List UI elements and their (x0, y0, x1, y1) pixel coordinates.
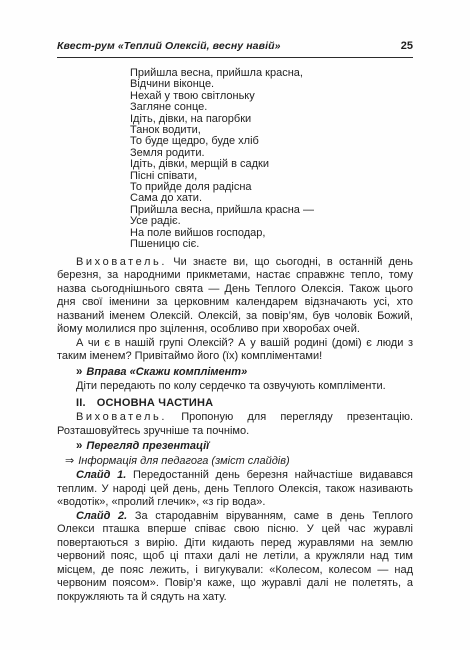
running-head: Квест-рум «Теплий Олексій, весну навій» … (57, 40, 413, 58)
slide-1-lead: Слайд 1. (76, 469, 126, 481)
slide-2-lead: Слайд 2. (76, 510, 127, 522)
slide-2-text: За стародавнім віруванням, саме в день Т… (57, 510, 413, 603)
double-arrow-icon: ⇒ (65, 455, 74, 467)
slide-2-paragraph: Слайд 2. За стародавнім віруванням, саме… (57, 510, 413, 605)
section-number: II. (76, 397, 86, 409)
poem-line: Пшеницю сіє. (130, 239, 413, 250)
activity-note: Діти передають по колу сердечко та озвуч… (57, 380, 413, 394)
double-chevron-icon: » (76, 440, 82, 452)
question-paragraph: А чи є в нашій групі Олексій? А у вашій … (57, 337, 413, 364)
poem: Прийшла весна, прийшла красна,Відчини ві… (130, 68, 413, 251)
pedagogue-info-line: ⇒Інформація для педагога (зміст слайдів) (57, 455, 413, 469)
section-title: ОСНОВНА ЧАСТИНА (97, 397, 213, 409)
pedagogue-info-label: Інформація для педагога (зміст слайдів) (78, 455, 289, 467)
running-head-title: Квест-рум «Теплий Олексій, весну навій» (57, 40, 281, 52)
teacher-paragraph-2: Вихователь. Пропоную для перегляду презе… (57, 411, 413, 438)
exercise-line-1: »Вправа «Скажи комплімент» (57, 366, 413, 380)
exercise-line-2: »Перегляд презентації (57, 440, 413, 454)
speaker-name: Вихователь. (76, 411, 167, 423)
exercise-label-1: Вправа «Скажи комплімент» (86, 366, 247, 378)
page-number: 25 (401, 40, 413, 52)
book-page: Квест-рум «Теплий Олексій, весну навій» … (0, 0, 470, 650)
slide-1-paragraph: Слайд 1. Передостанній день березня найч… (57, 469, 413, 510)
page-body: Вихователь. Чи знаєте ви, що сьогодні, в… (57, 256, 413, 605)
poem-line: Ідіть, дівки, мерщій в садки (130, 159, 413, 170)
poem-line: Загляне сонце. (130, 102, 413, 113)
exercise-label-2: Перегляд презентації (86, 440, 209, 452)
speaker-name: Вихователь. (76, 256, 167, 268)
double-chevron-icon: » (76, 366, 82, 378)
teacher-paragraph-1: Вихователь. Чи знаєте ви, що сьогодні, в… (57, 256, 413, 337)
section-heading: II.ОСНОВНА ЧАСТИНА (57, 397, 413, 411)
poem-line: Усе радіє. (130, 216, 413, 227)
